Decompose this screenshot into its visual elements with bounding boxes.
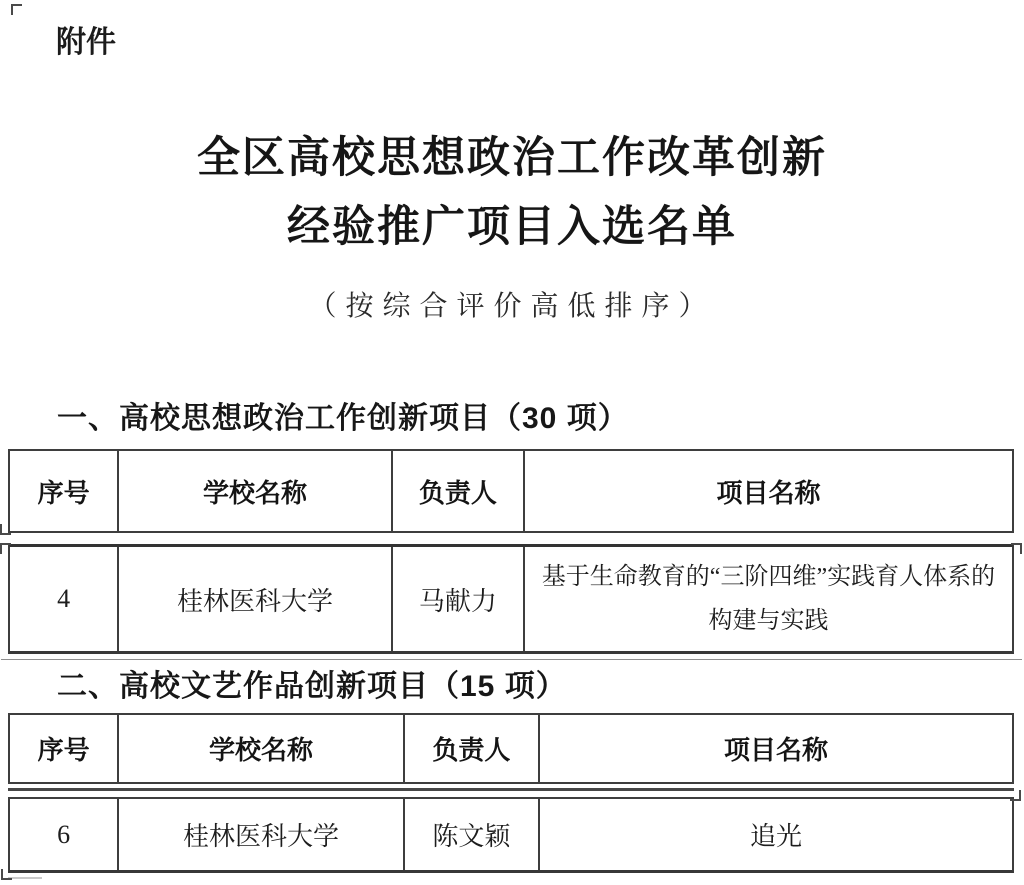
- table-2-header-row: 序号 学校名称 负责人 项目名称: [8, 713, 1014, 784]
- crop-mark-segment-left-upper: [0, 524, 11, 535]
- table-1-header-row: 序号 学校名称 负责人 项目名称: [8, 449, 1014, 533]
- table-2-col-header-leader: 负责人: [403, 715, 538, 782]
- table-2-split-border-line: [8, 788, 1014, 791]
- cell-school: 桂林医科大学: [117, 547, 391, 651]
- title-line-1: 全区高校思想政治工作改革创新: [0, 124, 1024, 193]
- table-1-col-header-school: 学校名称: [117, 451, 391, 531]
- crop-mark-top-left: [11, 4, 22, 15]
- section-2-heading: 二、高校文艺作品创新项目（15 项）: [57, 668, 1024, 705]
- cell-school: 桂林医科大学: [117, 799, 403, 870]
- table-2-col-header-school: 学校名称: [117, 715, 403, 782]
- crop-mark-bottom-left: [1, 869, 12, 880]
- table-1-col-header-seq: 序号: [10, 451, 117, 531]
- table-1-row: 4 桂林医科大学 马献力 基于生命教育的“三阶四维”实践育人体系的构建与实践: [8, 544, 1014, 654]
- segment-divider-line: [1, 659, 1022, 660]
- crop-mark-bottom-right: [1010, 790, 1021, 801]
- table-2-col-header-seq: 序号: [10, 715, 117, 782]
- cell-leader: 陈文颖: [403, 799, 538, 870]
- cell-project: 追光: [538, 799, 1012, 870]
- cell-project: 基于生命教育的“三阶四维”实践育人体系的构建与实践: [523, 547, 1012, 651]
- bottom-scan-artifact: [8, 877, 42, 879]
- cell-seq: 4: [10, 547, 117, 651]
- attachment-label: 附件: [56, 26, 1024, 60]
- cell-seq: 6: [10, 799, 117, 870]
- cell-leader: 马献力: [391, 547, 523, 651]
- table-1-col-header-project: 项目名称: [523, 451, 1012, 531]
- document-title: 全区高校思想政治工作改革创新 经验推广项目入选名单: [0, 124, 1024, 262]
- table-2-col-header-project: 项目名称: [538, 715, 1012, 782]
- section-1-heading: 一、高校思想政治工作创新项目（30 项）: [57, 400, 1024, 437]
- crop-mark-segment-right: [1011, 543, 1022, 554]
- crop-mark-segment-left-lower: [0, 543, 11, 554]
- table-1-col-header-leader: 负责人: [391, 451, 523, 531]
- page: { "document": { "attachment_label": "附件"…: [0, 0, 1024, 885]
- document-subtitle: （按综合评价高低排序）: [0, 290, 1024, 324]
- table-2-row: 6 桂林医科大学 陈文颖 追光: [8, 797, 1014, 873]
- title-line-2: 经验推广项目入选名单: [0, 193, 1024, 262]
